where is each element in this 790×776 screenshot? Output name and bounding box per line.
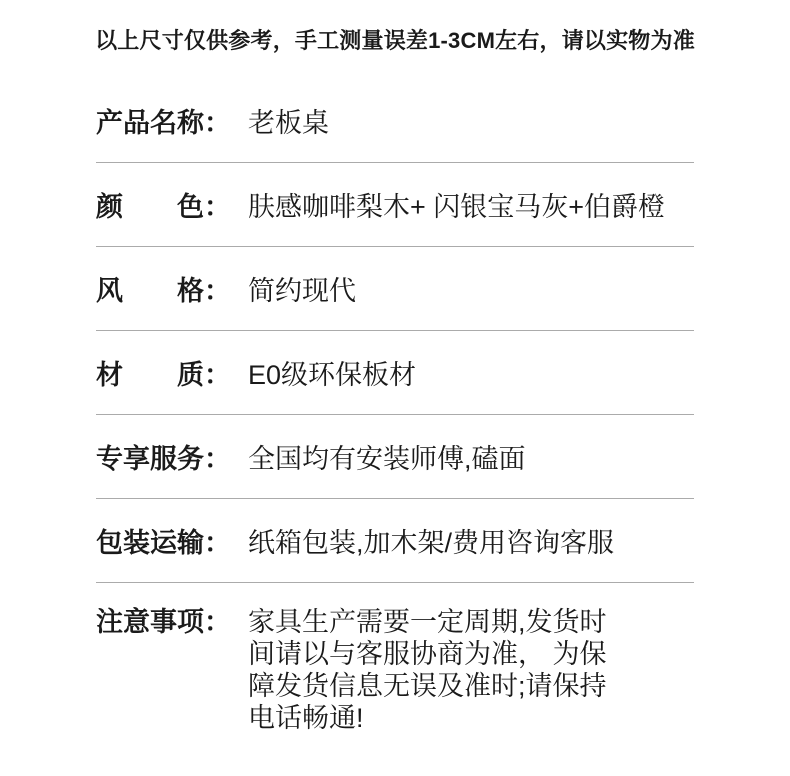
- spec-row-service: 专享服务： 全国均有安装师傅,磕面: [96, 415, 694, 499]
- spec-row-color: 颜 色： 肤感咖啡梨木+ 闪银宝马灰+伯爵橙: [96, 163, 694, 247]
- spec-row-material: 材 质： E0级环保板材: [96, 331, 694, 415]
- spec-value: 全国均有安装师傅,磕面: [248, 437, 694, 476]
- spec-row-notes: 注意事项： 家具生产需要一定周期,发货时 间请以与客服协商为准， 为保 障发货信…: [96, 583, 694, 754]
- spec-value: 老板桌: [248, 101, 694, 140]
- spec-table: 产品名称： 老板桌 颜 色： 肤感咖啡梨木+ 闪银宝马灰+伯爵橙 风 格： 简约…: [96, 79, 694, 754]
- spec-label: 风 格：: [96, 269, 248, 308]
- note-line: 间请以与客服协商为准， 为保: [248, 638, 694, 670]
- size-disclaimer-text: 以上尺寸仅供参考，手工测量误差1-3CM左右，请以实物为准: [0, 0, 790, 79]
- spec-value: 肤感咖啡梨木+ 闪银宝马灰+伯爵橙: [248, 185, 694, 224]
- spec-value: 简约现代: [248, 269, 694, 308]
- spec-label: 产品名称：: [96, 101, 248, 140]
- spec-label: 专享服务：: [96, 437, 248, 476]
- spec-label: 包装运输：: [96, 521, 248, 560]
- spec-label: 材 质：: [96, 353, 248, 392]
- spec-label: 注意事项：: [96, 606, 248, 638]
- product-spec-sheet: 以上尺寸仅供参考，手工测量误差1-3CM左右，请以实物为准 产品名称： 老板桌 …: [0, 0, 790, 776]
- note-line: 电话畅通!: [248, 702, 694, 734]
- notes-text: 家具生产需要一定周期,发货时 间请以与客服协商为准， 为保 障发货信息无误及准时…: [248, 606, 694, 734]
- spec-row-packaging: 包装运输： 纸箱包装,加木架/费用咨询客服: [96, 499, 694, 583]
- spec-label: 颜 色：: [96, 185, 248, 224]
- spec-row-style: 风 格： 简约现代: [96, 247, 694, 331]
- spec-row-product-name: 产品名称： 老板桌: [96, 79, 694, 163]
- note-line: 家具生产需要一定周期,发货时: [248, 606, 694, 638]
- spec-value: 纸箱包装,加木架/费用咨询客服: [248, 521, 694, 560]
- spec-value: E0级环保板材: [248, 353, 694, 392]
- note-line: 障发货信息无误及准时;请保持: [248, 670, 694, 702]
